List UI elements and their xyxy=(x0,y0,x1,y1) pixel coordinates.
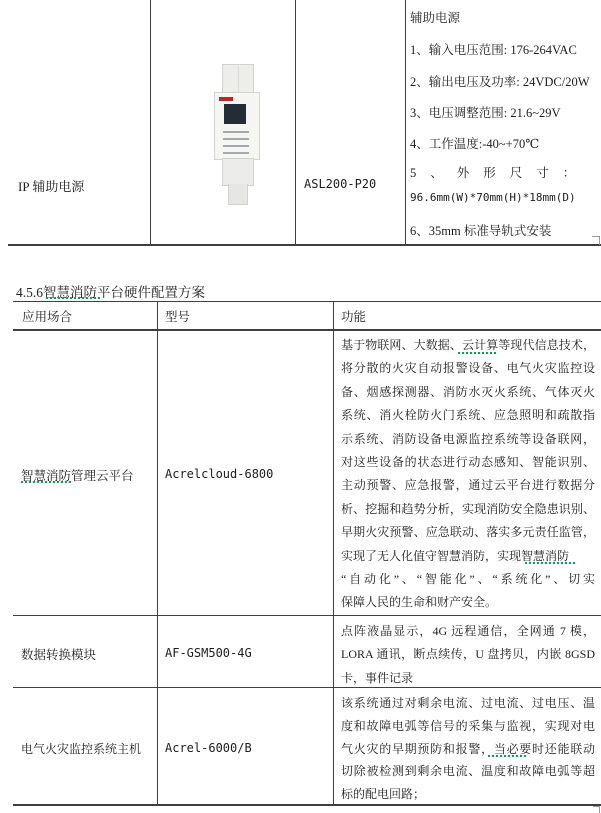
function-text-line: 析、挖掘和趋势分析，实现消防安全隐患识别、 xyxy=(341,498,595,521)
spellcheck-underline xyxy=(488,755,528,757)
function-text-line: 实现了无人化值守智慧消防，实现智慧消防 xyxy=(341,545,595,568)
spellcheck-underline xyxy=(21,481,73,483)
function-text-line: 将分散的火灾自动报警设备、电气火灾监控设 xyxy=(341,357,595,380)
device-photo-asl200 xyxy=(214,64,260,206)
function-text-line: LORA 通讯，断点续传，U 盘拷贝，内嵌 8GSD xyxy=(341,643,595,666)
function-text-line: 该系统通过对剩余电流、过电流、过电压、温 xyxy=(341,692,595,715)
function-cell: 点阵液晶显示，4G 远程通信，全网通 7 模， LORA 通讯，断点续传，U 盘… xyxy=(341,620,595,690)
device-front-panel xyxy=(214,92,260,160)
model-cell: Acrelcloud-6800 xyxy=(165,467,273,481)
table-column-divider xyxy=(333,301,334,806)
model-cell: ASL200-P20 xyxy=(304,177,376,191)
model-cell: AF-GSM500-4G xyxy=(165,646,252,660)
section-heading: 4.5.6智慧消防平台硬件配置方案 xyxy=(16,281,205,301)
row-divider xyxy=(13,615,601,616)
table-resize-handle[interactable] xyxy=(592,236,600,245)
application-cell: 电气火灾监控系统主机 xyxy=(21,740,141,757)
table-top-border xyxy=(13,301,601,302)
function-text-line: 主动预警、应急报警，通过云平台进行数据分 xyxy=(341,474,595,497)
function-cell: 基于物联网、大数据、云计算等现代信息技术， 将分散的火灾自动报警设备、电气火灾监… xyxy=(341,334,595,615)
function-text-line: 示系统、消防设备电源监控系统等设备联网， xyxy=(341,428,595,451)
spec-item-6: 6、35mm 标准导轨式安装 xyxy=(410,221,598,239)
table-column-divider xyxy=(295,0,296,245)
function-text-line: 点阵液晶显示，4G 远程通信，全网通 7 模， xyxy=(341,620,595,643)
spec-item-1: 1、输入电压范围: 176-264VAC xyxy=(410,40,598,58)
label-text-bar xyxy=(223,131,249,133)
spec-item-5-value: 96.6mm(W)*70mm(H)*18mm(D) xyxy=(410,191,598,204)
function-text-line: 卡，事件记录 xyxy=(341,667,595,690)
spec-item-5-label: 5、外形尺寸： xyxy=(410,163,598,181)
application-cell: IP 辅助电源 xyxy=(18,176,84,195)
spec-title: 辅助电源 xyxy=(410,8,598,26)
function-text-line: 度和故障电弧等信号的采集与监视，实现对电 xyxy=(341,715,595,738)
function-text-line: 标的配电回路； xyxy=(341,783,595,806)
spellcheck-underline xyxy=(46,297,100,299)
function-text-line: 早期火灾预警、应急联动、落实多元责任监管， xyxy=(341,521,595,544)
column-header-function: 功能 xyxy=(341,307,366,325)
function-text-line: 备、烟感探测器、消防水灭火系统、气体灭火 xyxy=(341,381,595,404)
network-port xyxy=(224,104,246,124)
application-cell: 数据转换模块 xyxy=(21,645,96,663)
device-bottom-tab xyxy=(222,158,254,186)
function-text-line: 对这些设备的状态进行动态感知、智能识别、 xyxy=(341,451,595,474)
function-text-line: 气火灾的早期预防和报警，当必要时还能联动 xyxy=(341,738,595,761)
device-top-tab xyxy=(222,64,254,94)
model-cell: Acrel-6000/B xyxy=(165,741,252,755)
spellcheck-underline xyxy=(525,562,575,564)
function-text-line: 系统、消火栓防火门系统、应急照明和疏散指 xyxy=(341,404,595,427)
function-cell: 该系统通过对剩余电流、过电流、过电压、温 度和故障电弧等信号的采集与监视，实现对… xyxy=(341,692,595,806)
column-header-application: 应用场合 xyxy=(22,307,72,325)
column-header-model: 型号 xyxy=(165,307,190,325)
document-page: IP 辅助电源 ASL200-P20 辅助电源 1、输入电压范围: 176-26… xyxy=(0,0,601,813)
spec-item-4: 4、工作温度:-40~+70℃ xyxy=(410,134,598,152)
spec-item-2: 2、输出电压及功率: 24VDC/20W xyxy=(410,72,598,90)
device-din-clip xyxy=(228,184,248,205)
table-column-divider xyxy=(157,301,158,806)
brand-logo-mark xyxy=(219,97,233,101)
table-resize-handle[interactable] xyxy=(593,806,600,813)
spec-item-3: 3、电压调整范围: 21.6~29V xyxy=(410,103,598,121)
function-text-line: 保障人民的生命和财产安全。 xyxy=(341,591,595,614)
label-text-bar xyxy=(223,138,249,140)
label-text-bar xyxy=(223,152,249,154)
function-text-line: 切除被检测到剩余电流、温度和故障电弧等超 xyxy=(341,760,595,783)
table-column-divider xyxy=(405,0,406,245)
function-text-line: “自动化”、“智能化”、“系统化”、切实 xyxy=(341,568,595,591)
label-text-bar xyxy=(223,145,249,147)
spellcheck-underline xyxy=(458,352,498,354)
table-bottom-border xyxy=(8,244,601,246)
table-column-divider xyxy=(150,0,151,245)
header-separator xyxy=(13,329,601,331)
